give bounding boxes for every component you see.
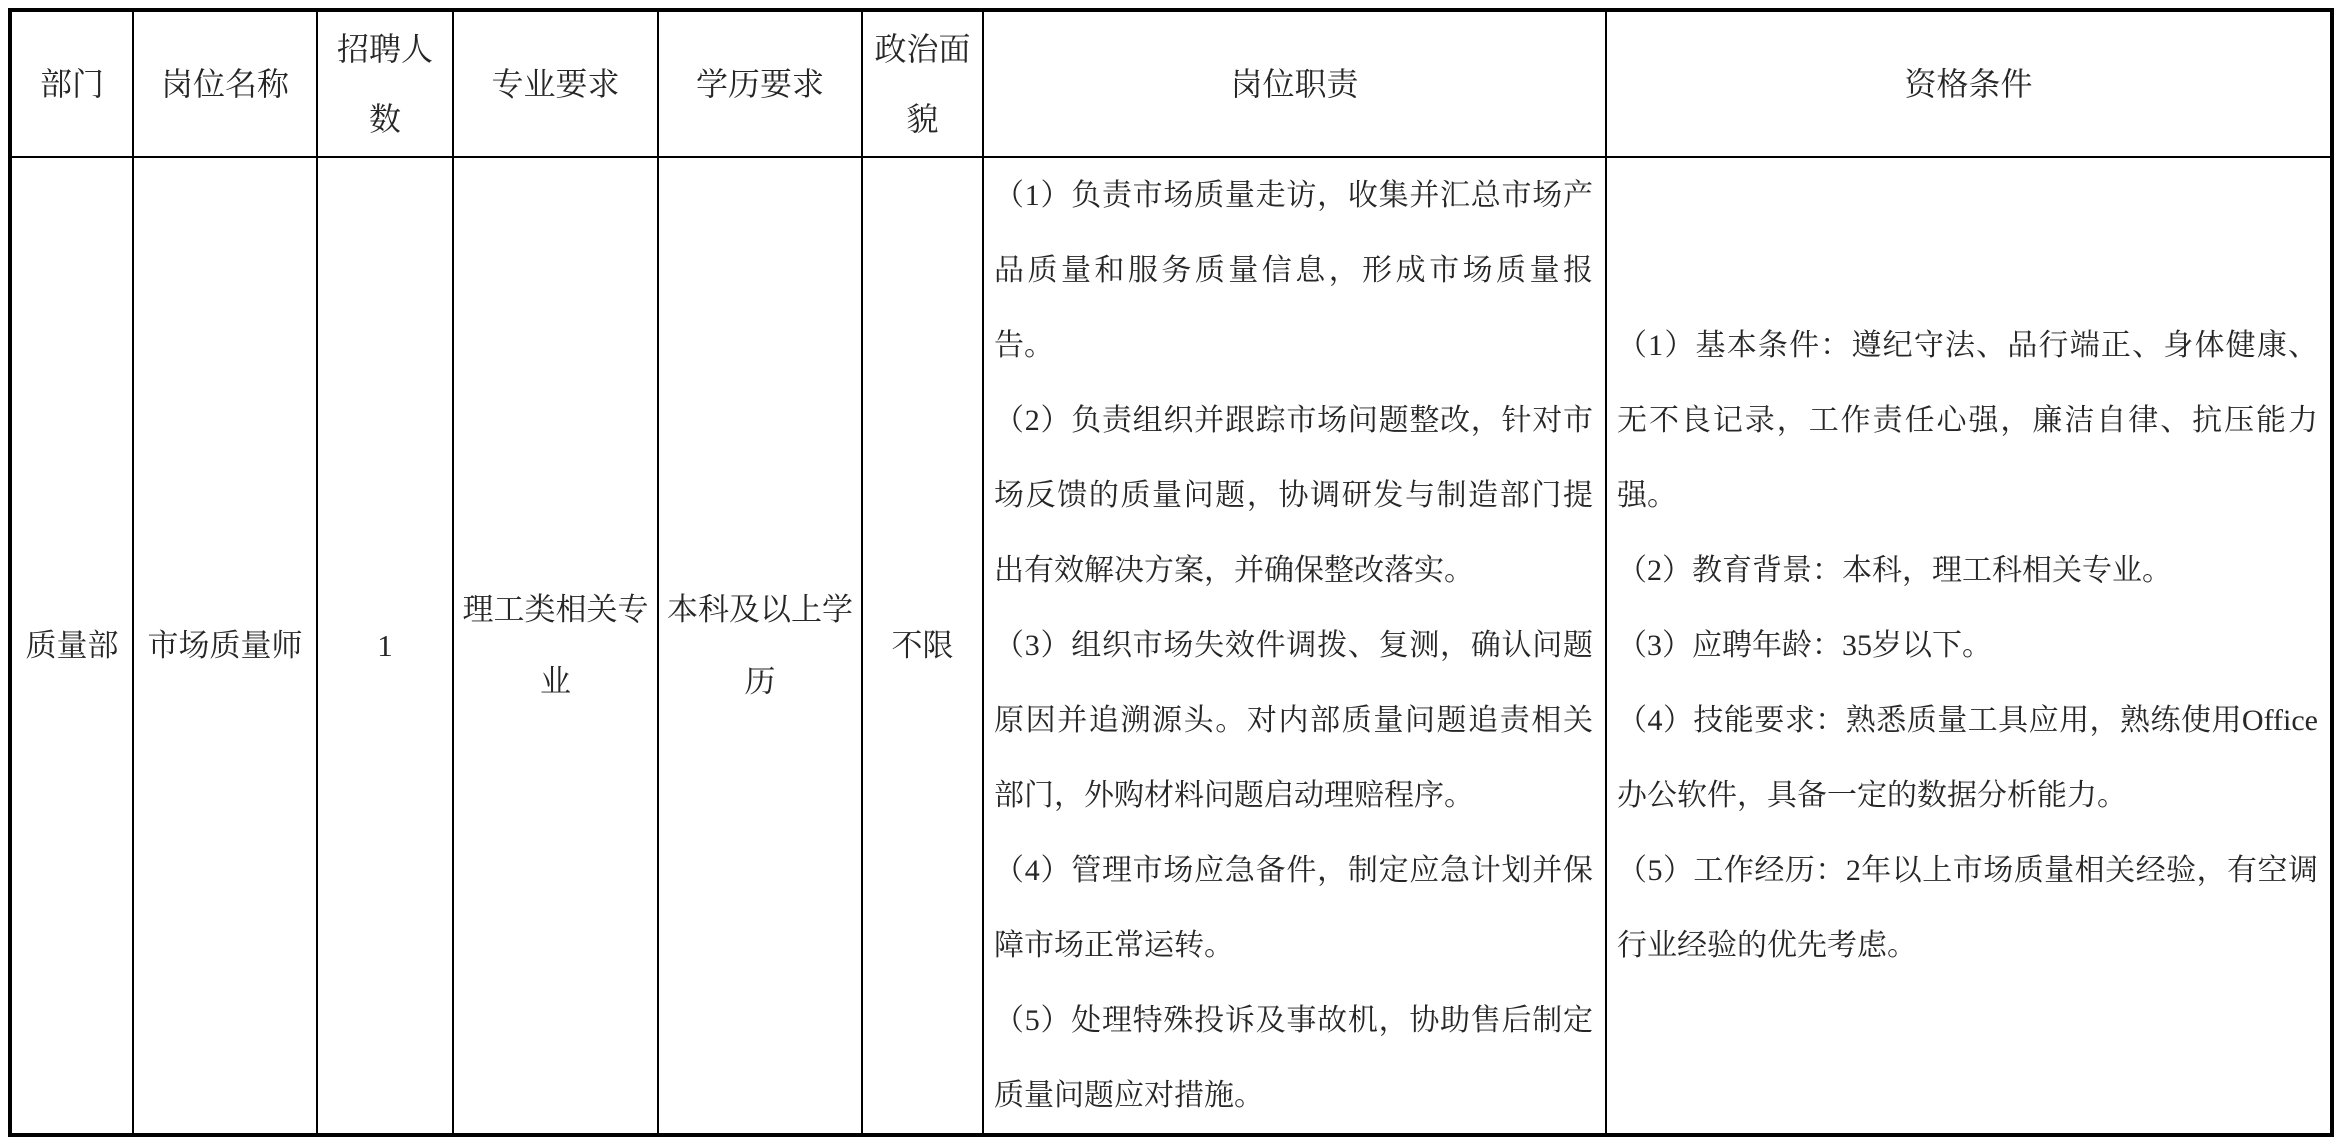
paragraph: （5）处理特殊投诉及事故机，协助售后制定质量问题应对措施。 [994, 983, 1593, 1133]
cell-qualification-conditions: （1）基本条件：遵纪守法、品行端正、身体健康、无不良记录，工作责任心强，廉洁自律… [1606, 157, 2332, 1135]
paragraph: （1）负责市场质量走访，收集并汇总市场产品质量和服务质量信息，形成市场质量报告。 [994, 158, 1593, 383]
paragraph: （3）组织市场失效件调拨、复测，确认问题原因并追溯源头。对内部质量问题追责相关部… [994, 608, 1593, 833]
header-major-requirement: 专业要求 [453, 10, 658, 157]
paragraph: （5）工作经历：2年以上市场质量相关经验，有空调行业经验的优先考虑。 [1617, 833, 2318, 983]
cell-department: 质量部 [10, 157, 133, 1135]
header-political-status: 政治面貌 [862, 10, 983, 157]
paragraph: （2）教育背景：本科，理工科相关专业。 [1617, 533, 2318, 608]
header-headcount: 招聘人数 [317, 10, 453, 157]
cell-political-status: 不限 [862, 157, 983, 1135]
header-position-name: 岗位名称 [133, 10, 317, 157]
header-row: 部门 岗位名称 招聘人数 专业要求 学历要求 政治面貌 岗位职责 资格条件 [10, 10, 2332, 157]
header-department: 部门 [10, 10, 133, 157]
cell-major-requirement: 理工类相关专业 [453, 157, 658, 1135]
header-qualification-conditions: 资格条件 [1606, 10, 2332, 157]
job-row: 质量部 市场质量师 1 理工类相关专业 本科及以上学历 不限 （1）负责市场质量… [10, 157, 2332, 1135]
paragraph: （2）负责组织并跟踪市场问题整改，针对市场反馈的质量问题，协调研发与制造部门提出… [994, 383, 1593, 608]
header-job-duties: 岗位职责 [983, 10, 1606, 157]
paragraph: （4）管理市场应急备件，制定应急计划并保障市场正常运转。 [994, 833, 1593, 983]
cell-position-name: 市场质量师 [133, 157, 317, 1135]
cell-job-duties: （1）负责市场质量走访，收集并汇总市场产品质量和服务质量信息，形成市场质量报告。… [983, 157, 1606, 1135]
recruitment-table: 部门 岗位名称 招聘人数 专业要求 学历要求 政治面貌 岗位职责 资格条件 质量… [8, 8, 2334, 1137]
header-education-requirement: 学历要求 [658, 10, 862, 157]
paragraph: （4）技能要求：熟悉质量工具应用，熟练使用Office办公软件，具备一定的数据分… [1617, 683, 2318, 833]
paragraph: （3）应聘年龄：35岁以下。 [1617, 608, 2318, 683]
cell-education-requirement: 本科及以上学历 [658, 157, 862, 1135]
paragraph: （1）基本条件：遵纪守法、品行端正、身体健康、无不良记录，工作责任心强，廉洁自律… [1617, 308, 2318, 533]
cell-headcount: 1 [317, 157, 453, 1135]
